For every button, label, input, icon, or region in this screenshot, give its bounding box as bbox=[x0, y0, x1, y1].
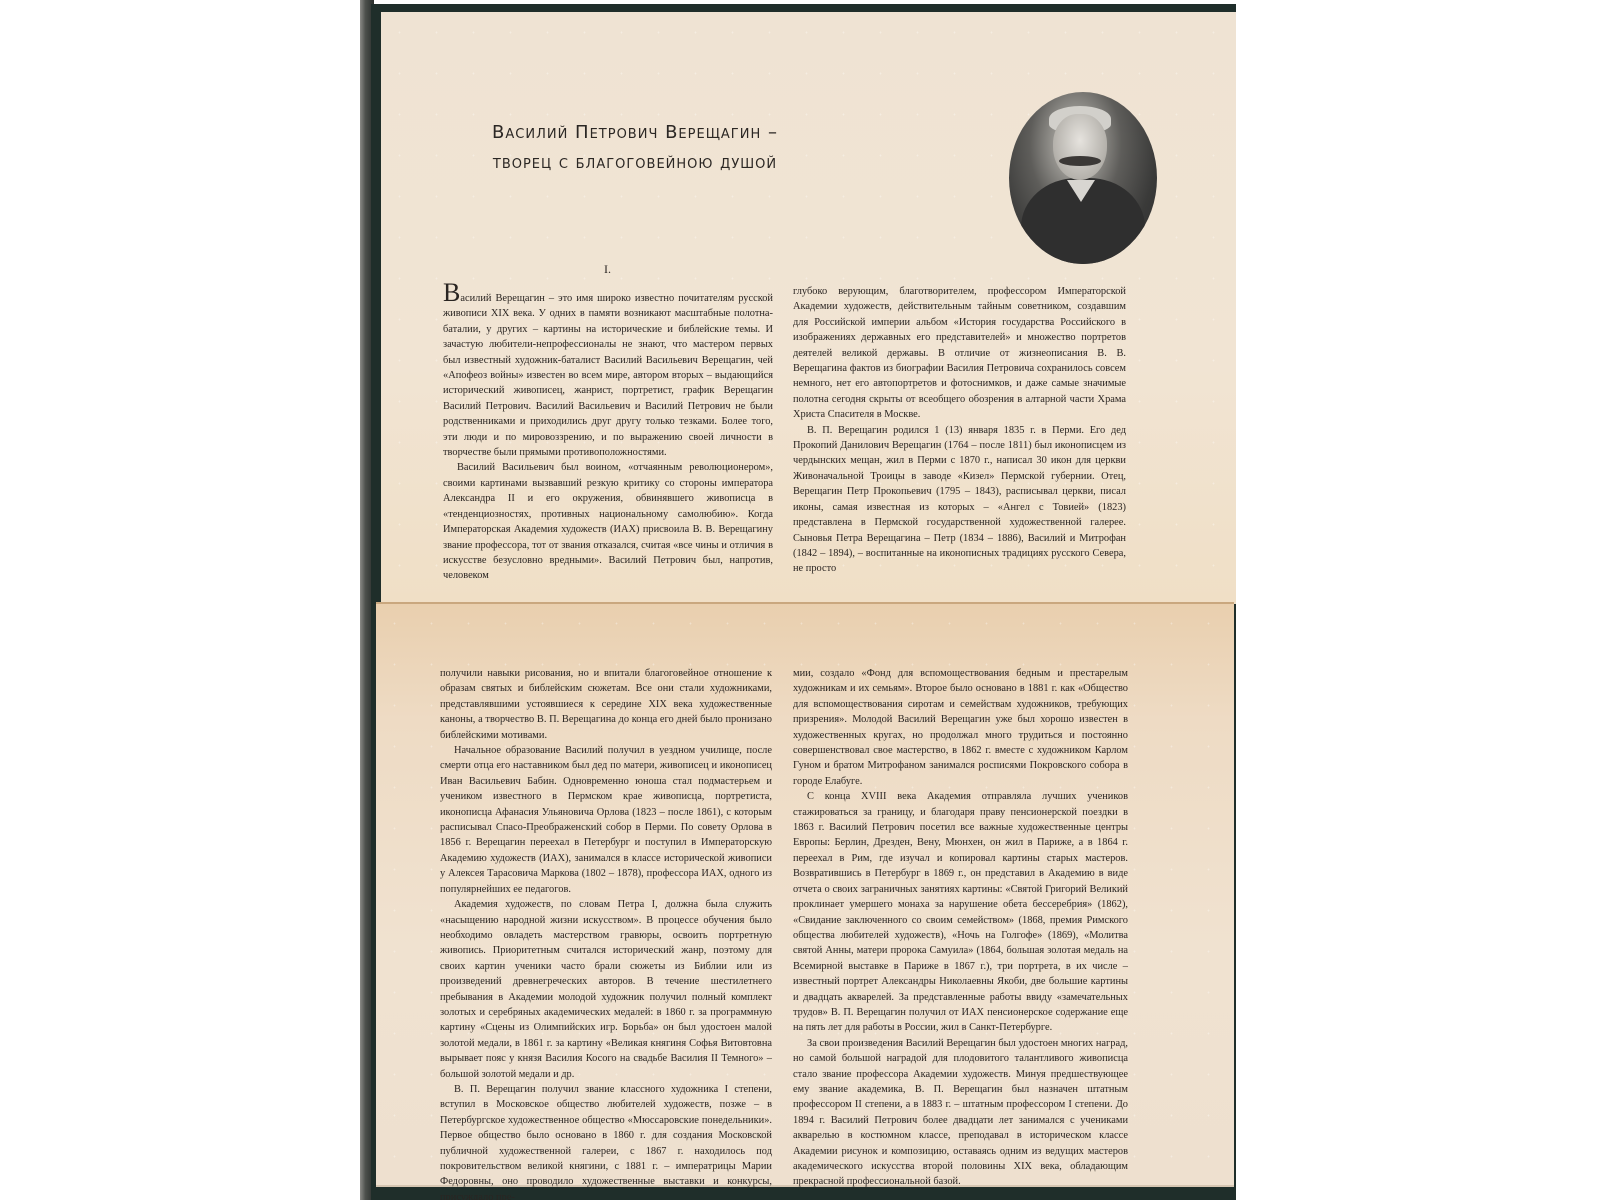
paragraph: глубоко верующим, благотворителем, профе… bbox=[793, 284, 1126, 423]
portrait-mustache bbox=[1059, 156, 1101, 166]
section-number: I. bbox=[604, 262, 611, 277]
chapter-title-line-2: творец с благоговейною душой bbox=[480, 148, 790, 178]
paragraph: Василий Верещагин – это имя широко извес… bbox=[443, 284, 773, 460]
paragraph: Василий Васильевич был воином, «отчаянны… bbox=[443, 460, 773, 583]
paragraph: С конца XVIII века Академия отправляла л… bbox=[793, 789, 1128, 1036]
bottom-left-column: получили навыки рисования, но и впитали … bbox=[440, 666, 772, 1200]
portrait-photo bbox=[1009, 92, 1157, 264]
page-fold bbox=[376, 602, 1234, 604]
paragraph: получили навыки рисования, но и впитали … bbox=[440, 666, 772, 743]
paragraph: В. П. Верещагин получил звание классного… bbox=[440, 1082, 772, 1200]
top-right-column: глубоко верующим, благотворителем, профе… bbox=[793, 284, 1126, 577]
drop-cap: В bbox=[443, 278, 460, 307]
paragraph: В. П. Верещагин родился 1 (13) января 18… bbox=[793, 423, 1126, 577]
top-left-column: Василий Верещагин – это имя широко извес… bbox=[443, 284, 773, 584]
paragraph: мии, создало «Фонд для вспомоществования… bbox=[793, 666, 1128, 789]
bottom-right-column: мии, создало «Фонд для вспомоществования… bbox=[793, 666, 1128, 1190]
paragraph: Академия художеств, по словам Петра I, д… bbox=[440, 897, 772, 1082]
paragraph: Начальное образование Василий получил в … bbox=[440, 743, 772, 897]
chapter-title-line-1: Василий Петрович Верещагин – bbox=[480, 118, 790, 148]
chapter-title: Василий Петрович Верещагин – творец с бл… bbox=[480, 118, 790, 178]
portrait-head bbox=[1053, 114, 1107, 180]
paragraph: За свои произведения Василий Верещагин б… bbox=[793, 1036, 1128, 1190]
